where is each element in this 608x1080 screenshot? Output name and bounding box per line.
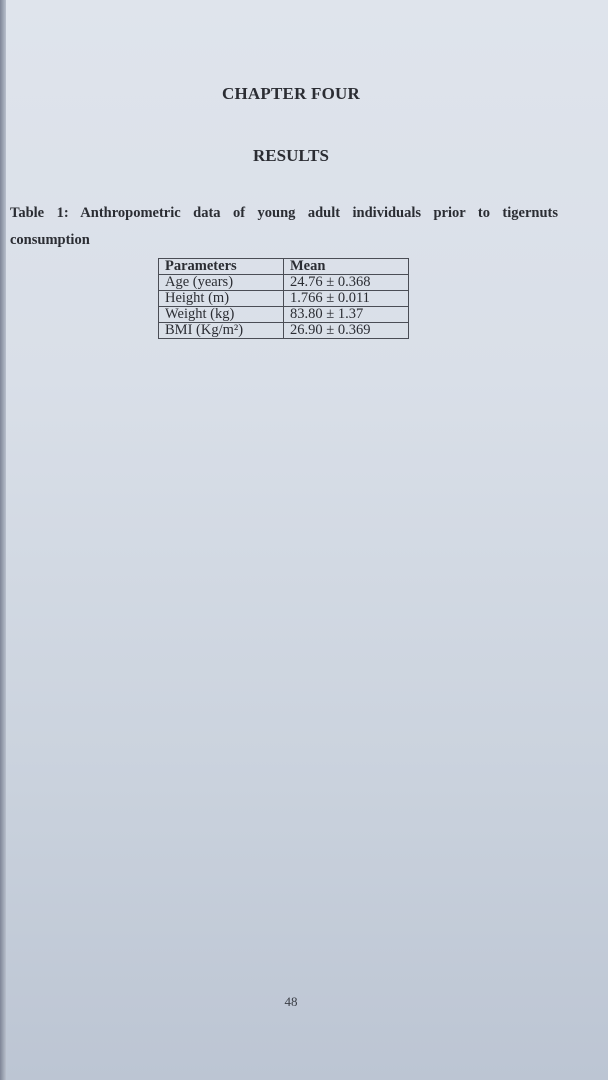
- table-row: Height (m) 1.766 ± 0.011: [159, 291, 409, 307]
- mean-cell: 1.766 ± 0.011: [284, 291, 409, 307]
- column-header-mean: Mean: [284, 259, 409, 275]
- page-number: 48: [6, 994, 576, 1010]
- chapter-heading: CHAPTER FOUR: [6, 84, 576, 104]
- table-row: BMI (Kg/m²) 26.90 ± 0.369: [159, 323, 409, 339]
- mean-cell: 26.90 ± 0.369: [284, 323, 409, 339]
- table-caption-line-1: Table 1: Anthropometric data of young ad…: [10, 200, 558, 227]
- column-header-parameters: Parameters: [159, 259, 284, 275]
- mean-cell: 83.80 ± 1.37: [284, 307, 409, 323]
- table-row: Age (years) 24.76 ± 0.368: [159, 275, 409, 291]
- table-row: Weight (kg) 83.80 ± 1.37: [159, 307, 409, 323]
- parameter-cell: Weight (kg): [159, 307, 284, 323]
- mean-cell: 24.76 ± 0.368: [284, 275, 409, 291]
- table-header-row: Parameters Mean: [159, 259, 409, 275]
- document-page: CHAPTER FOUR RESULTS Table 1: Anthropome…: [6, 0, 608, 1080]
- table-caption-line-2: consumption: [10, 232, 90, 248]
- parameter-cell: Age (years): [159, 275, 284, 291]
- section-heading: RESULTS: [6, 146, 576, 166]
- parameter-cell: BMI (Kg/m²): [159, 323, 284, 339]
- anthropometric-table: Parameters Mean Age (years) 24.76 ± 0.36…: [158, 258, 409, 339]
- parameter-cell: Height (m): [159, 291, 284, 307]
- table-caption: Table 1: Anthropometric data of young ad…: [10, 200, 558, 254]
